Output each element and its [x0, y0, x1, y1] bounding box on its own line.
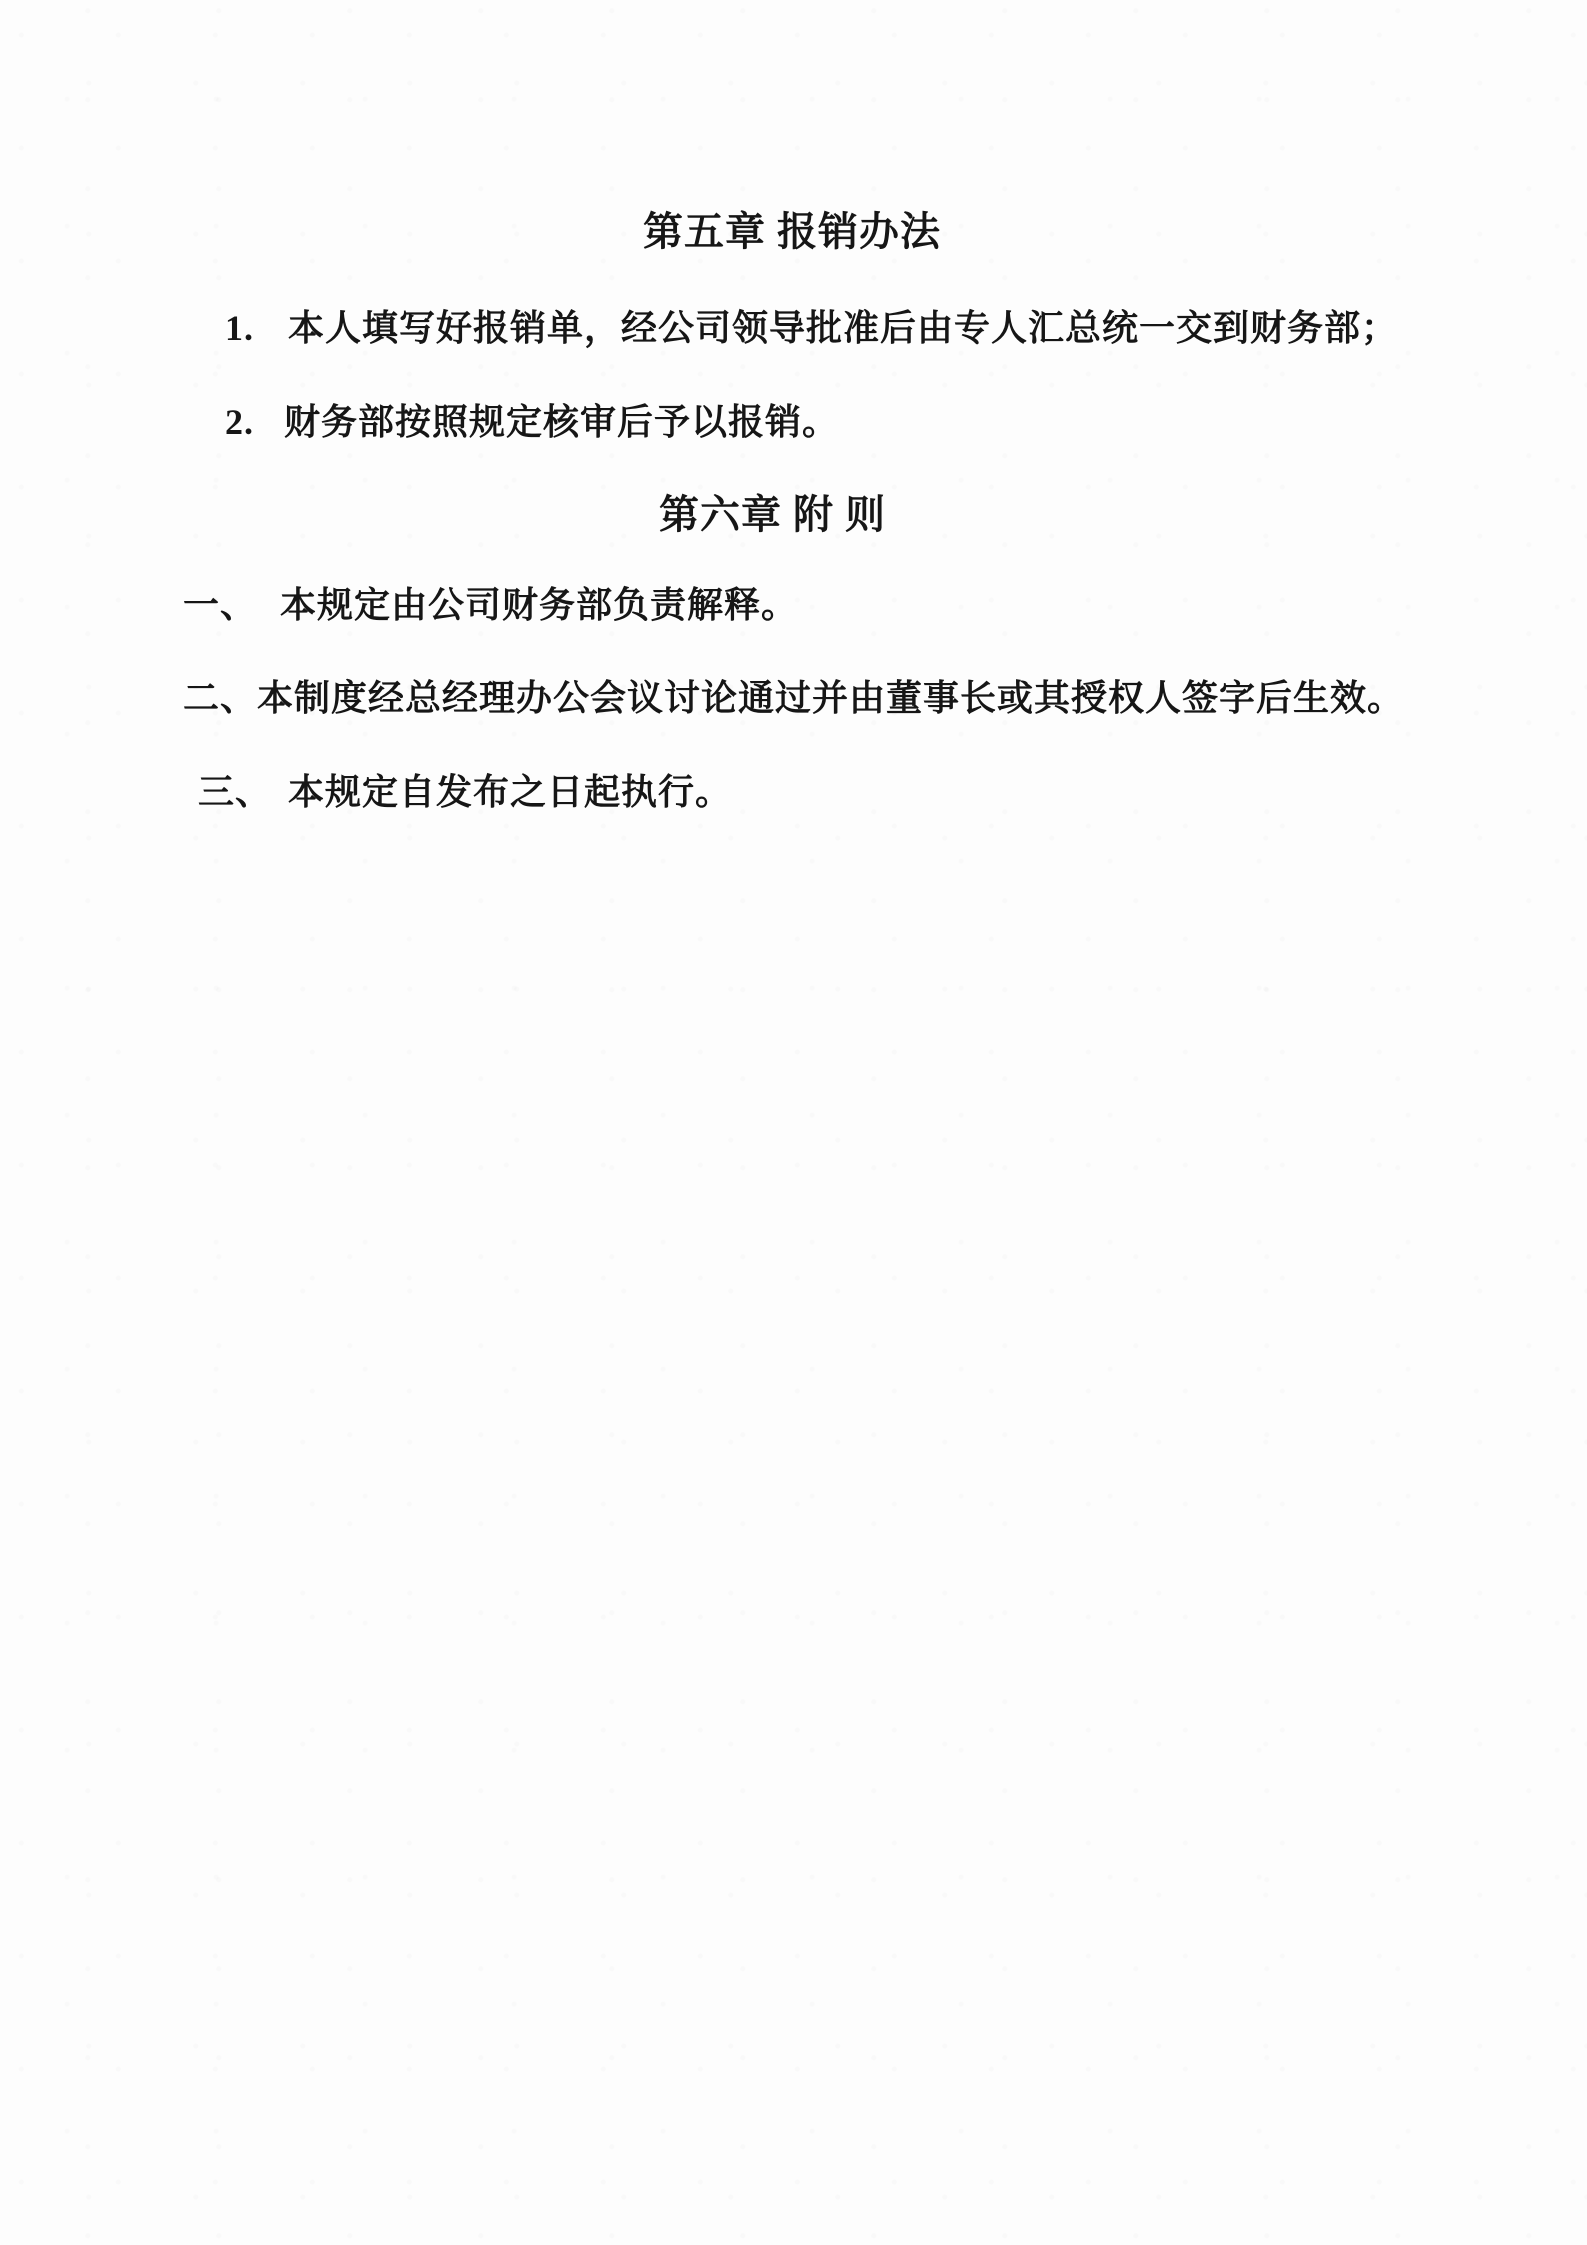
list-item: 三、本规定自发布之日起执行。 — [198, 764, 732, 815]
list-item-marker: 三、 — [198, 764, 272, 815]
chapter5-heading: 第五章 报销办法 — [643, 200, 941, 257]
list-item-text: 财务部按照规定核审后予以报销。 — [284, 394, 839, 445]
list-item: 二、本制度经总经理办公会议讨论通过并由董事长或其授权人签字后生效。 — [183, 670, 1404, 721]
list-item: 2.财务部按照规定核审后予以报销。 — [225, 394, 839, 445]
list-item-text: 本规定自发布之日起执行。 — [288, 764, 732, 815]
list-item-marker: 一、 — [183, 577, 257, 628]
list-item-text: 本人填写好报销单，经公司领导批准后由专人汇总统一交到财务部； — [288, 300, 1398, 351]
list-item-marker: 二、 — [183, 670, 257, 721]
document-page: 第五章 报销办法 1.本人填写好报销单，经公司领导批准后由专人汇总统一交到财务部… — [0, 0, 1587, 2245]
list-item-text: 本规定由公司财务部负责解释。 — [280, 577, 798, 628]
list-item-marker: 1. — [225, 307, 254, 349]
chapter6-heading: 第六章 附 则 — [659, 483, 886, 540]
list-item-marker: 2. — [225, 401, 254, 443]
list-item: 1.本人填写好报销单，经公司领导批准后由专人汇总统一交到财务部； — [225, 300, 1398, 351]
list-item-text: 本制度经总经理办公会议讨论通过并由董事长或其授权人签字后生效。 — [257, 670, 1404, 721]
list-item: 一、本规定由公司财务部负责解释。 — [183, 577, 798, 628]
